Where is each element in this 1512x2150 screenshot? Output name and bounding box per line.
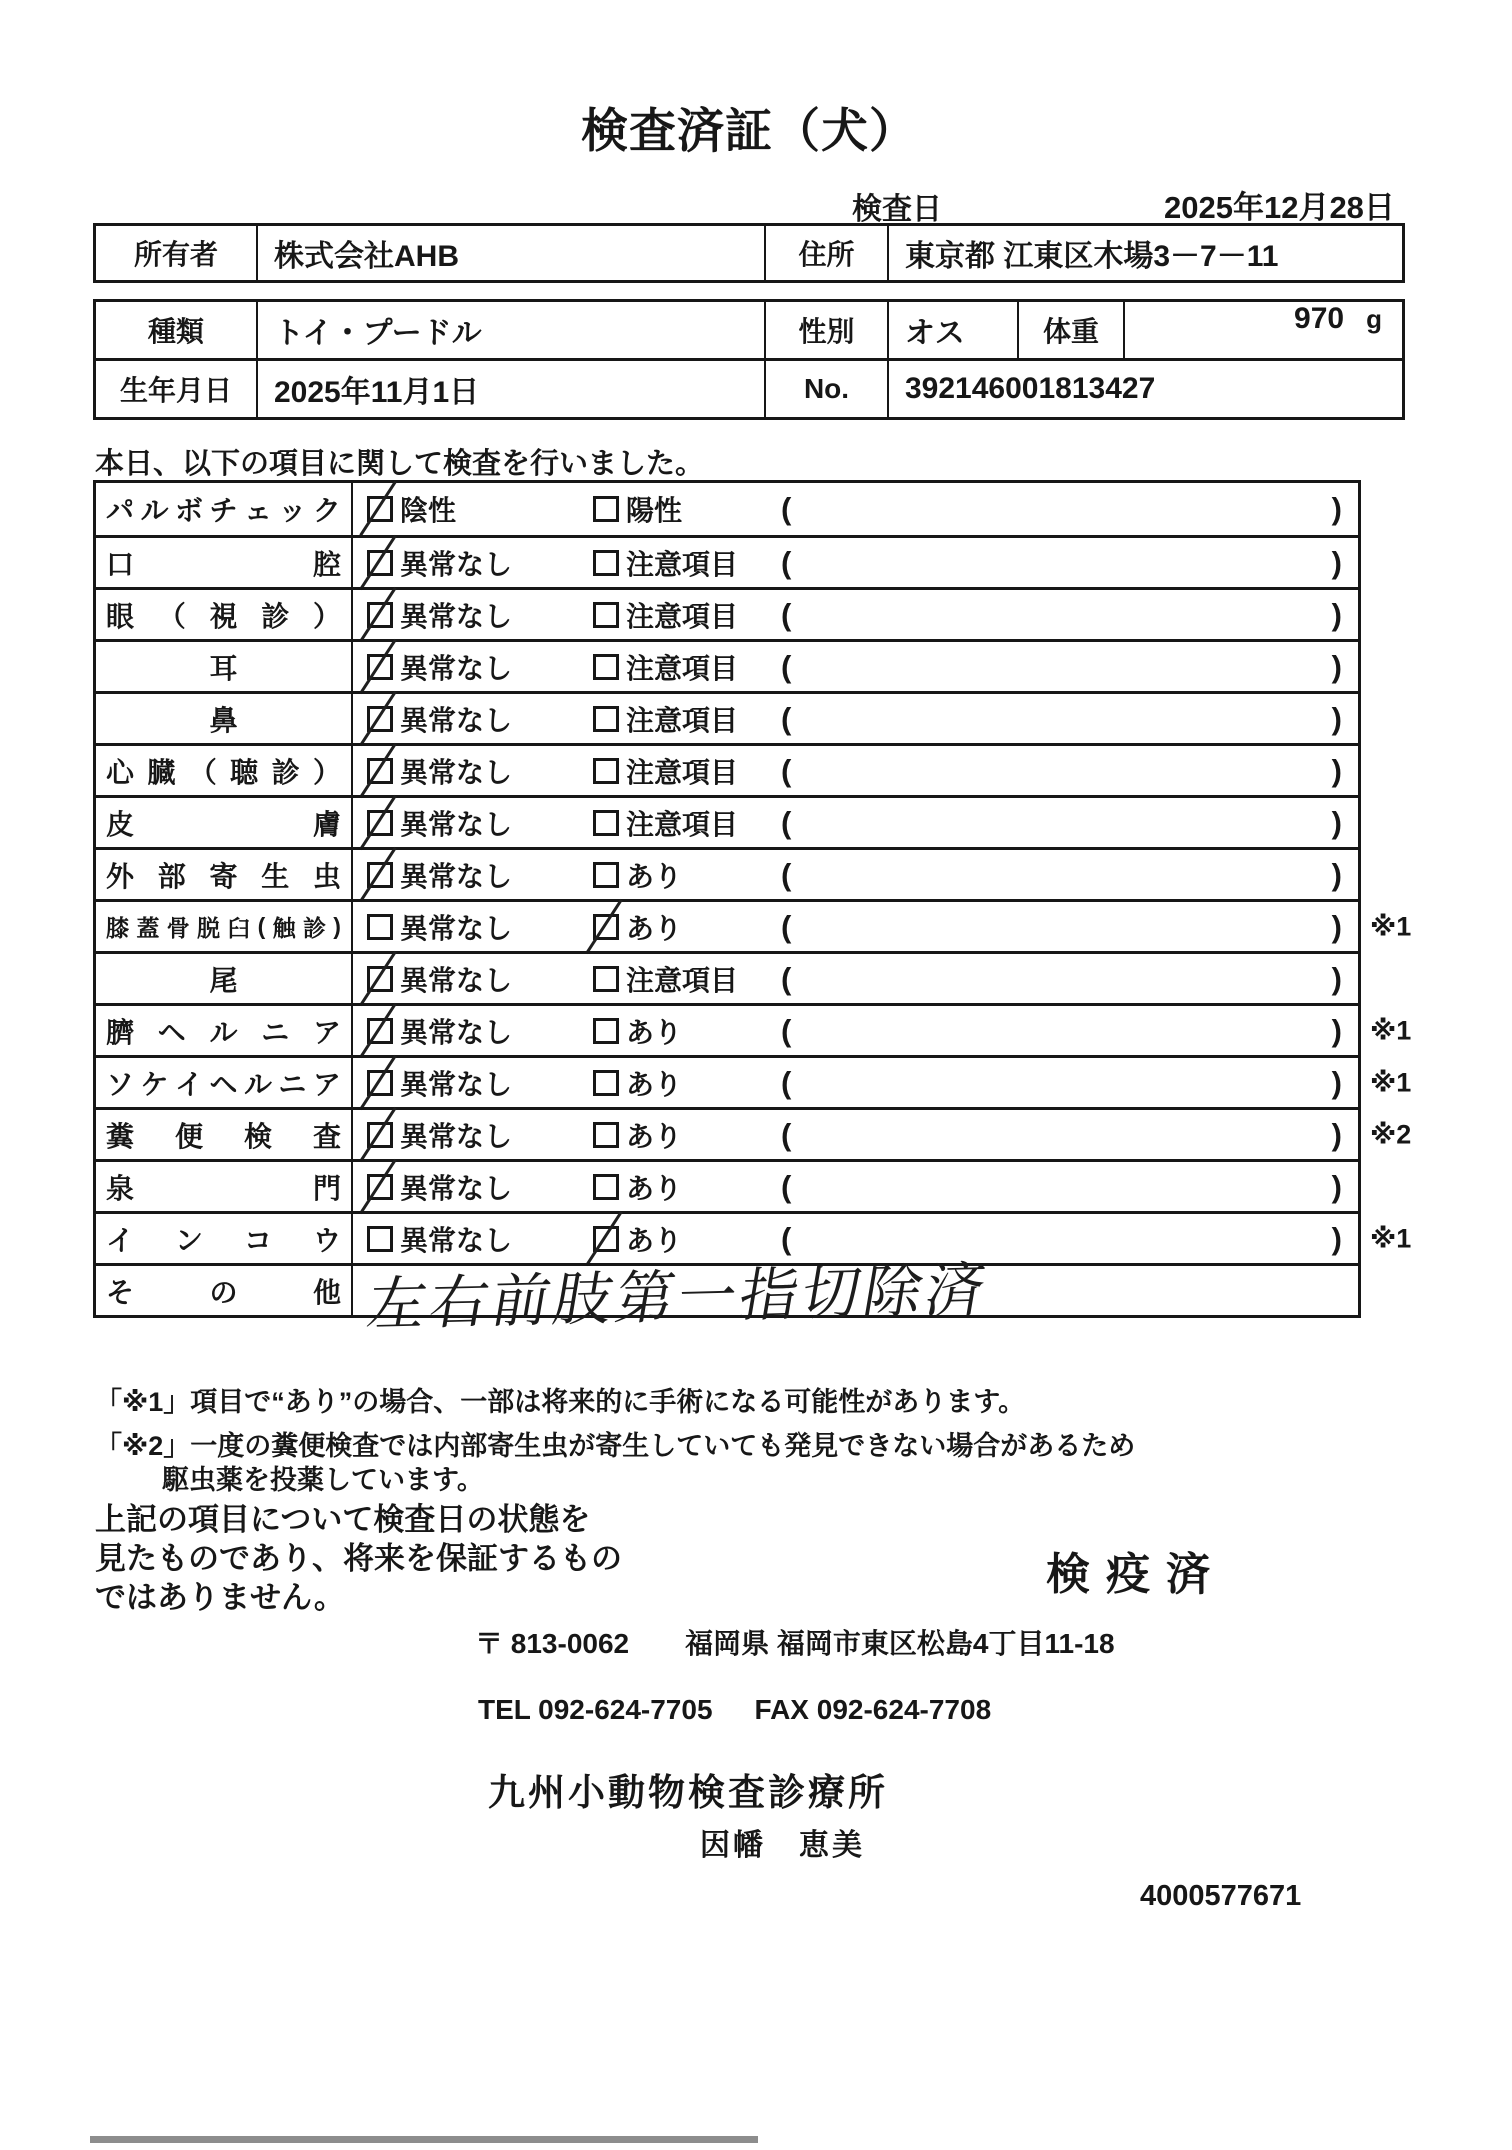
checklist-row: 皮膚 異常なし 注意項目 ( ) xyxy=(96,795,1358,847)
checklist-option-1-label: 異常なし xyxy=(400,803,512,843)
checklist-row: ソケイヘルニア 異常なし あり ( ) ※1 xyxy=(96,1055,1358,1107)
paren-open: ( xyxy=(781,805,791,841)
quarantine-stamp: 検疫済 xyxy=(1046,1538,1226,1602)
scan-artifact-bar xyxy=(90,2136,758,2143)
clinic-address: 福岡県 福岡市東区松島4丁目11-18 xyxy=(685,1622,1114,1662)
checkbox-icon xyxy=(593,966,619,992)
label-char: 聴 xyxy=(230,751,258,791)
label-char: 門 xyxy=(313,1167,341,1207)
checkbox-icon xyxy=(367,706,393,732)
checklist-option-1-label: 異常なし xyxy=(400,1011,512,1051)
page-title: 検査済証（犬） xyxy=(93,94,1405,161)
paren-open: ( xyxy=(781,1117,791,1153)
checklist-option-2-label: 注意項目 xyxy=(626,803,738,843)
checklist-option-1: 異常なし xyxy=(367,1167,512,1207)
label-char: 骨 xyxy=(167,910,190,943)
paren-close: ) xyxy=(1332,597,1342,633)
birthdate-label: 生年月日 xyxy=(96,361,256,417)
paren-close: ) xyxy=(1332,1117,1342,1153)
label-char: 診 xyxy=(261,595,289,635)
breed-label: 種類 xyxy=(96,302,256,358)
label-char: ル xyxy=(244,1063,272,1103)
checklist-option-1-label: 異常なし xyxy=(400,1063,512,1103)
checklist-option-1-label: 異常なし xyxy=(400,647,512,687)
paren-close: ) xyxy=(1332,753,1342,789)
checklist-row-label: その他 xyxy=(96,1266,353,1315)
label-char xyxy=(313,959,341,999)
paren-close: ) xyxy=(1332,805,1342,841)
label-char: 生 xyxy=(261,855,289,895)
checklist-option-2-label: 注意項目 xyxy=(626,751,738,791)
checkbox-icon xyxy=(367,966,393,992)
checkbox-icon xyxy=(367,914,393,940)
checklist-option-2: 注意項目 xyxy=(593,543,738,583)
paren-open: ( xyxy=(781,1169,791,1205)
label-char: 耳 xyxy=(209,647,237,687)
label-char: 便 xyxy=(175,1115,203,1155)
weight-value: 970 xyxy=(1294,302,1344,336)
checklist-table: パルボチェック 陰性 陽性 ( ) 口腔 異常なし xyxy=(93,480,1361,1318)
checklist-option-1-label: 異常なし xyxy=(400,751,512,791)
disclaimer-text: 上記の項目について検査日の状態を 見たものであり、将来を保証するもの ではありま… xyxy=(95,1500,622,1617)
checklist-option-2-label: 注意項目 xyxy=(626,699,738,739)
label-char: ) xyxy=(333,913,341,940)
label-char: ア xyxy=(313,1011,341,1051)
checklist-option-1: 異常なし xyxy=(367,1219,512,1259)
checkbox-icon xyxy=(593,1018,619,1044)
footnote-ref: ※2 xyxy=(1370,1119,1411,1150)
checklist-option-2: あり xyxy=(593,907,682,947)
label-char: ニ xyxy=(261,1011,289,1051)
checkbox-icon xyxy=(593,706,619,732)
checklist-row-label: 尾 xyxy=(96,954,353,1003)
paren-close: ) xyxy=(1332,491,1342,527)
scanned-certificate-page: 検査済証（犬） 検査日 2025年12月28日 所有者 株式会社AHB 住所 東… xyxy=(0,0,1512,2150)
checklist-option-1: 異常なし xyxy=(367,855,512,895)
checklist-option-1: 異常なし xyxy=(367,1063,512,1103)
label-char: ( xyxy=(258,913,266,940)
label-char: 尾 xyxy=(209,959,237,999)
checklist-option-1: 異常なし xyxy=(367,959,512,999)
checklist-option-2-label: 注意項目 xyxy=(626,595,738,635)
clinic-address-line: 〒 813-0062 福岡県 福岡市東区松島4丁目11-18 xyxy=(475,1622,1115,1662)
checklist-row-label: 皮膚 xyxy=(96,798,353,847)
label-char: ウ xyxy=(313,1219,341,1259)
label-char xyxy=(313,699,341,739)
checklist-option-2-label: あり xyxy=(626,1011,682,1051)
footnote-2-continued: 駆虫薬を投薬しています。 xyxy=(162,1458,484,1497)
paren-open: ( xyxy=(781,1013,791,1049)
label-char: 視 xyxy=(209,595,237,635)
label-char: パ xyxy=(106,489,134,529)
label-char: 診 xyxy=(272,751,300,791)
checklist-row-label: 心臓（聴診） xyxy=(96,746,353,795)
checklist-row: 臍ヘルニア 異常なし あり ( ) ※1 xyxy=(96,1003,1358,1055)
checkbox-icon xyxy=(367,496,393,522)
checklist-row-label: ソケイヘルニア xyxy=(96,1058,353,1107)
disclaimer-line-3: ではありません。 xyxy=(95,1578,622,1617)
checklist-option-2: あり xyxy=(593,1063,682,1103)
checklist-option-2: あり xyxy=(593,855,682,895)
clinic-fax: FAX 092-624-7708 xyxy=(755,1694,992,1726)
checkbox-icon xyxy=(593,758,619,784)
label-char: ヘ xyxy=(209,1063,237,1103)
checklist-option-2-label: あり xyxy=(626,855,682,895)
label-char: 外 xyxy=(106,855,134,895)
checklist-option-1-label: 異常なし xyxy=(400,907,512,947)
checklist-option-1-label: 異常なし xyxy=(400,855,512,895)
veterinarian-name: 因幡 恵美 xyxy=(700,1820,865,1864)
checklist-row-label: 外部寄生虫 xyxy=(96,850,353,899)
label-char: 診 xyxy=(303,910,326,943)
checklist-option-1-label: 異常なし xyxy=(400,543,512,583)
checklist-row: 口腔 異常なし 注意項目 ( ) xyxy=(96,535,1358,587)
label-char: コ xyxy=(244,1219,272,1259)
label-char: 査 xyxy=(313,1115,341,1155)
checklist-row-options: 異常なし 注意項目 ( ) xyxy=(353,746,1358,795)
label-char: イ xyxy=(175,1063,203,1103)
checklist-row-options: 異常なし あり ( ) xyxy=(353,1006,1358,1055)
checklist-row-label: 泉門 xyxy=(96,1162,353,1211)
label-char: ニ xyxy=(278,1063,306,1103)
label-char: 糞 xyxy=(106,1115,134,1155)
checklist-option-2: 注意項目 xyxy=(593,699,738,739)
label-char: 他 xyxy=(313,1271,341,1311)
label-char: そ xyxy=(106,1271,134,1311)
paren-close: ) xyxy=(1332,961,1342,997)
label-char: ク xyxy=(313,489,341,529)
checklist-option-2: 注意項目 xyxy=(593,751,738,791)
checklist-row-options: 異常なし 注意項目 ( ) xyxy=(353,642,1358,691)
checklist-row-options: 異常なし 注意項目 ( ) xyxy=(353,798,1358,847)
label-char: ル xyxy=(140,489,168,529)
checklist-option-1: 異常なし xyxy=(367,647,512,687)
footnote-ref: ※1 xyxy=(1370,1223,1411,1254)
checkbox-icon xyxy=(367,1174,393,1200)
clinic-phone-line: TEL 092-624-7705 FAX 092-624-7708 xyxy=(478,1694,991,1726)
label-char: ッ xyxy=(278,489,306,529)
pet-table-row-breed: 種類 トイ・プードル 性別 オス 体重 970 g xyxy=(96,302,1402,358)
label-char xyxy=(313,647,341,687)
label-char xyxy=(106,699,134,739)
checklist-option-1: 異常なし xyxy=(367,543,512,583)
checklist-row: 尾 異常なし 注意項目 ( ) xyxy=(96,951,1358,1003)
checklist-option-2: 注意項目 xyxy=(593,595,738,635)
label-char: 眼 xyxy=(106,595,134,635)
paren-close: ) xyxy=(1332,1169,1342,1205)
paren-open: ( xyxy=(781,649,791,685)
disclaimer-line-2: 見たものであり、将来を保証するもの xyxy=(95,1539,622,1578)
paren-close: ) xyxy=(1332,909,1342,945)
label-char: 脱 xyxy=(197,910,220,943)
checkbox-icon xyxy=(593,1226,619,1252)
checklist-option-1: 異常なし xyxy=(367,1011,512,1051)
checklist-option-2: 注意項目 xyxy=(593,959,738,999)
label-char: チ xyxy=(209,489,237,529)
sex-label: 性別 xyxy=(764,302,887,358)
footnote-1: 「※1」項目で“あり”の場合、一部は将来的に手術になる可能性があります。 xyxy=(95,1380,1025,1419)
label-char: 心 xyxy=(106,751,134,791)
checkbox-icon xyxy=(593,1122,619,1148)
paren-close: ) xyxy=(1332,649,1342,685)
checkbox-icon xyxy=(367,1122,393,1148)
checklist-row-options: 異常なし 注意項目 ( ) xyxy=(353,590,1358,639)
label-char: の xyxy=(209,1271,237,1311)
checklist-option-1-label: 異常なし xyxy=(400,1115,512,1155)
checklist-row-options: 異常なし あり ( ) xyxy=(353,1110,1358,1159)
checklist-row: 泉門 異常なし あり ( ) xyxy=(96,1159,1358,1211)
weight-label: 体重 xyxy=(1017,302,1123,358)
checkbox-icon xyxy=(367,810,393,836)
checklist-row-label: 臍ヘルニア xyxy=(96,1006,353,1055)
birthdate-value: 2025年11月1日 xyxy=(256,361,764,417)
owner-label: 所有者 xyxy=(96,226,256,280)
serial-number: 4000577671 xyxy=(1140,1880,1301,1913)
pet-table: 種類 トイ・プードル 性別 オス 体重 970 g 生年月日 2025年11月1… xyxy=(93,299,1405,420)
paren-close: ) xyxy=(1332,857,1342,893)
checkbox-icon xyxy=(593,810,619,836)
checklist-option-2-label: あり xyxy=(626,1115,682,1155)
checklist-option-2-label: あり xyxy=(626,1167,682,1207)
checklist-row: パルボチェック 陰性 陽性 ( ) xyxy=(96,483,1358,535)
clinic-postal-code: 〒 813-0062 xyxy=(475,1622,629,1662)
handwritten-note: 左右前肢第一指切除済 xyxy=(362,1242,996,1342)
checklist-row-label: インコウ xyxy=(96,1214,353,1263)
checklist-row: 外部寄生虫 異常なし あり ( ) xyxy=(96,847,1358,899)
checkbox-icon xyxy=(593,862,619,888)
checklist-option-1-label: 異常なし xyxy=(400,1167,512,1207)
label-char xyxy=(106,959,134,999)
checkbox-icon xyxy=(367,1018,393,1044)
checklist-option-1: 異常なし xyxy=(367,595,512,635)
label-char: 口 xyxy=(106,543,134,583)
footnote-ref: ※1 xyxy=(1370,911,1411,942)
checkbox-icon xyxy=(367,1070,393,1096)
paren-open: ( xyxy=(781,753,791,789)
label-char: ソ xyxy=(106,1063,134,1103)
checklist-option-1-label: 異常なし xyxy=(400,959,512,999)
checklist-row: 眼（視診） 異常なし 注意項目 ( ) xyxy=(96,587,1358,639)
address-label: 住所 xyxy=(764,226,887,280)
checklist-option-2-label: あり xyxy=(626,907,682,947)
label-char: 膚 xyxy=(313,803,341,843)
checklist-option-1: 異常なし xyxy=(367,751,512,791)
inspection-date-label: 検査日 xyxy=(852,184,942,228)
paren-open: ( xyxy=(781,857,791,893)
checklist-row-options: 異常なし あり ( ) xyxy=(353,1162,1358,1211)
checkbox-icon xyxy=(593,496,619,522)
label-char: ） xyxy=(313,595,341,635)
label-char: （ xyxy=(158,595,186,635)
checkbox-icon xyxy=(593,550,619,576)
weight-value-cell: 970 g xyxy=(1123,302,1402,358)
footnote-ref: ※1 xyxy=(1370,1015,1411,1046)
disclaimer-line-1: 上記の項目について検査日の状態を xyxy=(95,1500,622,1539)
checklist-option-2-label: 陽性 xyxy=(626,489,682,529)
checklist-row-label: 眼（視診） xyxy=(96,590,353,639)
checklist-option-1: 異常なし xyxy=(367,803,512,843)
intro-text: 本日、以下の項目に関して検査を行いました。 xyxy=(95,441,704,482)
checkbox-icon xyxy=(593,654,619,680)
checklist-row-label: 膝蓋骨脱臼(触診) xyxy=(96,902,353,951)
checkbox-icon xyxy=(367,550,393,576)
checklist-row-label: 糞便検査 xyxy=(96,1110,353,1159)
checklist-row-options: 異常なし 注意項目 ( ) xyxy=(353,694,1358,743)
paren-close: ) xyxy=(1332,701,1342,737)
pet-table-row-birth: 生年月日 2025年11月1日 No. 392146001813427 xyxy=(96,358,1402,417)
label-char: 膝 xyxy=(106,910,129,943)
paren-close: ) xyxy=(1332,1065,1342,1101)
label-char: （ xyxy=(189,751,217,791)
weight-unit: g xyxy=(1366,304,1382,335)
checklist-option-2-label: 注意項目 xyxy=(626,647,738,687)
checklist-option-2-label: 注意項目 xyxy=(626,959,738,999)
owner-value: 株式会社AHB xyxy=(256,226,764,280)
label-char: ル xyxy=(209,1011,237,1051)
checklist-option-1: 異常なし xyxy=(367,907,512,947)
checklist-option-2: あり xyxy=(593,1167,682,1207)
label-char: ア xyxy=(313,1063,341,1103)
checkbox-icon xyxy=(367,602,393,628)
sex-value: オス xyxy=(887,302,1017,358)
paren-open: ( xyxy=(781,961,791,997)
label-char: 鼻 xyxy=(209,699,237,739)
checklist-option-1-label: 異常なし xyxy=(400,699,512,739)
checkbox-icon xyxy=(367,758,393,784)
label-char: ボ xyxy=(175,489,203,529)
label-char: 虫 xyxy=(313,855,341,895)
paren-open: ( xyxy=(781,909,791,945)
label-char: 腔 xyxy=(313,543,341,583)
checklist-option-1-label: 異常なし xyxy=(400,595,512,635)
number-value: 392146001813427 xyxy=(887,361,1402,417)
checklist-row-label: 鼻 xyxy=(96,694,353,743)
checklist-row-label: 耳 xyxy=(96,642,353,691)
checkbox-icon xyxy=(593,1070,619,1096)
label-char: 臼 xyxy=(227,910,250,943)
checklist-row-options: 異常なし あり ( ) xyxy=(353,850,1358,899)
checklist-option-1-label: 陰性 xyxy=(400,489,456,529)
paren-open: ( xyxy=(781,701,791,737)
label-char: ケ xyxy=(140,1063,168,1103)
paren-open: ( xyxy=(781,1065,791,1101)
footnote-ref: ※1 xyxy=(1370,1067,1411,1098)
checklist-option-2: あり xyxy=(593,1011,682,1051)
label-char: ン xyxy=(175,1219,203,1259)
paren-open: ( xyxy=(781,597,791,633)
checklist-row-options: 陰性 陽性 ( ) xyxy=(353,483,1358,535)
checklist-row: 鼻 異常なし 注意項目 ( ) xyxy=(96,691,1358,743)
label-char: 皮 xyxy=(106,803,134,843)
checklist-option-2: 陽性 xyxy=(593,489,682,529)
clinic-tel: TEL 092-624-7705 xyxy=(478,1694,713,1726)
inspection-date-value: 2025年12月28日 xyxy=(1164,182,1395,227)
checklist-option-2: 注意項目 xyxy=(593,647,738,687)
number-label: No. xyxy=(764,361,887,417)
paren-close: ) xyxy=(1332,1221,1342,1257)
checklist-row-label: 口腔 xyxy=(96,538,353,587)
label-char xyxy=(106,647,134,687)
label-char: 泉 xyxy=(106,1167,134,1207)
checklist-option-2-label: あり xyxy=(626,1063,682,1103)
checklist-option-1-label: 異常なし xyxy=(400,1219,512,1259)
checklist-row: 耳 異常なし 注意項目 ( ) xyxy=(96,639,1358,691)
checkbox-icon xyxy=(593,602,619,628)
label-char: 蓋 xyxy=(136,910,159,943)
checklist-option-1: 異常なし xyxy=(367,699,512,739)
label-char: イ xyxy=(106,1219,134,1259)
label-char: 臓 xyxy=(147,751,175,791)
label-char: 触 xyxy=(273,910,296,943)
checklist-option-2-label: 注意項目 xyxy=(626,543,738,583)
checklist-option-1: 陰性 xyxy=(367,489,456,529)
checklist-row-options: 異常なし 注意項目 ( ) xyxy=(353,538,1358,587)
label-char: 検 xyxy=(244,1115,272,1155)
checkbox-icon xyxy=(593,914,619,940)
checklist-row: 膝蓋骨脱臼(触診) 異常なし あり ( ) ※1 xyxy=(96,899,1358,951)
label-char: 部 xyxy=(158,855,186,895)
checklist-row-options: 異常なし あり ( ) xyxy=(353,902,1358,951)
checkbox-icon xyxy=(367,654,393,680)
paren-open: ( xyxy=(781,491,791,527)
checklist-row-label: パルボチェック xyxy=(96,483,353,535)
label-char: ェ xyxy=(244,489,272,529)
checklist-option-2: あり xyxy=(593,1115,682,1155)
checklist-row: 糞便検査 異常なし あり ( ) ※2 xyxy=(96,1107,1358,1159)
checklist-row-options: 左右前肢第一指切除済 xyxy=(353,1266,1358,1315)
label-char: 臍 xyxy=(106,1011,134,1051)
checklist-option-2: 注意項目 xyxy=(593,803,738,843)
checklist-row-options: 異常なし あり ( ) xyxy=(353,1058,1358,1107)
checklist-row: その他 左右前肢第一指切除済 xyxy=(96,1263,1358,1315)
label-char: ヘ xyxy=(158,1011,186,1051)
checklist-option-1: 異常なし xyxy=(367,1115,512,1155)
checklist-row-options: 異常なし 注意項目 ( ) xyxy=(353,954,1358,1003)
paren-open: ( xyxy=(781,545,791,581)
checkbox-icon xyxy=(593,1174,619,1200)
owner-table: 所有者 株式会社AHB 住所 東京都 江東区木場3－7－11 xyxy=(93,223,1405,283)
address-value: 東京都 江東区木場3－7－11 xyxy=(887,226,1402,280)
paren-close: ) xyxy=(1332,1013,1342,1049)
clinic-name: 九州小動物検査診療所 xyxy=(488,1762,888,1816)
paren-close: ) xyxy=(1332,545,1342,581)
label-char: 寄 xyxy=(209,855,237,895)
breed-value: トイ・プードル xyxy=(256,302,764,358)
checkbox-icon xyxy=(367,862,393,888)
checklist-row: 心臓（聴診） 異常なし 注意項目 ( ) xyxy=(96,743,1358,795)
label-char: ） xyxy=(313,751,341,791)
checkbox-icon xyxy=(367,1226,393,1252)
